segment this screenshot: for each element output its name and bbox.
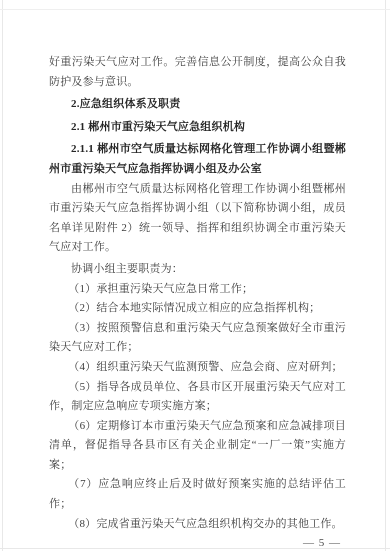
continuation-paragraph: 好重污染天气应对工作。完善信息公开制度，提高公众自我防护及参与意识。 <box>49 53 346 92</box>
duty-item-2: （2）结合本地实际情况成立相应的应急指挥机构； <box>49 299 346 319</box>
paragraph-coordination-group: 由郴州市空气质量达标网格化管理工作协调小组暨郴州市重污染天气应急指挥协调小组（以… <box>49 180 346 258</box>
duty-item-8: （8）完成省重污染天气应急组织机构交办的其他工作。 <box>49 515 346 535</box>
scanned-document-page: 好重污染天气应对工作。完善信息公开制度，提高公众自我防护及参与意识。 2.应急组… <box>0 0 390 551</box>
page-number: — 5 — <box>49 534 346 551</box>
duty-item-6: （6）定期修订本市重污染天气应急预案和应急减排项目清单，督促指导各县市区有关企业… <box>49 417 346 476</box>
duty-item-1: （1）承担重污染天气应急日常工作； <box>49 280 346 300</box>
paragraph-duties-intro: 协调小组主要职责为： <box>49 260 346 280</box>
duty-item-7: （7）应急响应终止后及时做好预案实施的总结评估工作； <box>49 475 346 514</box>
scan-edge-right <box>385 0 386 551</box>
section-heading-level2: 2.1 郴州市重污染天气应急组织机构 <box>49 118 346 138</box>
scan-edge-left <box>2 0 3 551</box>
section-heading-level3: 2.1.1 郴州市空气质量达标网格化管理工作协调小组暨郴州市重污染天气应急指挥协… <box>49 140 346 179</box>
section-heading-level1: 2.应急组织体系及职责 <box>49 95 346 115</box>
duty-item-3: （3）按照预警信息和重污染天气应急预案做好全市重污染天气应对工作； <box>49 319 346 358</box>
duty-item-5: （5）指导各成员单位、各县市区开展重污染天气应对工作，制定应急响应专项实施方案； <box>49 378 346 417</box>
document-body: 好重污染天气应对工作。完善信息公开制度，提高公众自我防护及参与意识。 2.应急组… <box>49 53 346 551</box>
scan-edge-top <box>0 9 390 10</box>
duty-item-4: （4）组织重污染天气监测预警、应急会商、应对研判； <box>49 358 346 378</box>
